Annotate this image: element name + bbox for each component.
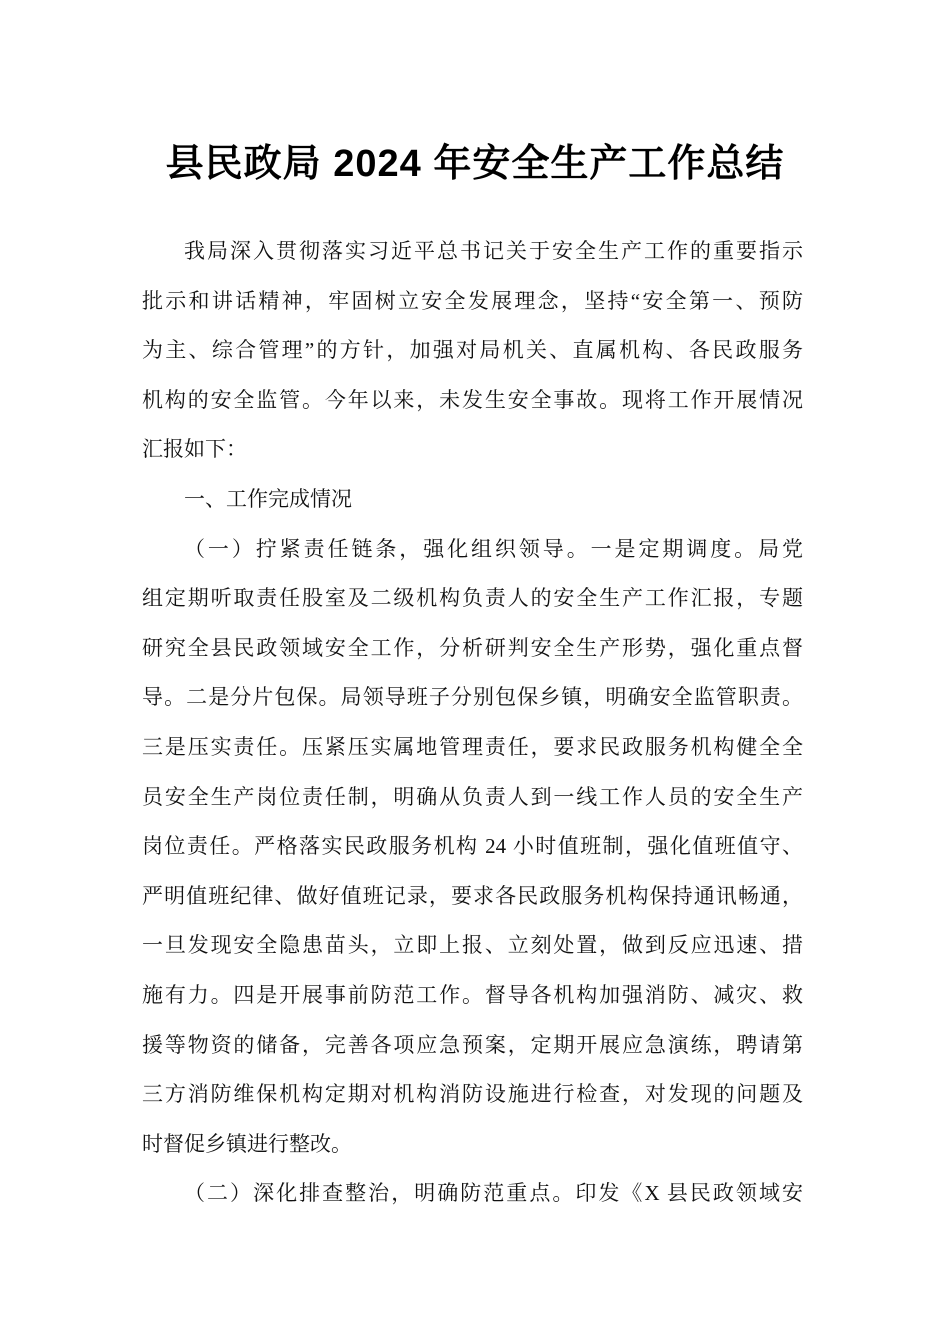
section-heading-text: 一、工作完成情况: [142, 475, 803, 525]
text-line: 三方消防维保机构定期对机构消防设施进行检查，对发现的问题及: [142, 1070, 803, 1120]
text-line: 导。二是分片包保。局领导班子分别包保乡镇，明确安全监管职责。: [142, 673, 803, 723]
text-line: （一）拧紧责任链条，强化组织领导。一是定期调度。局党: [142, 525, 803, 575]
text-line: 组定期听取责任股室及二级机构负责人的安全生产工作汇报，专题: [142, 574, 803, 624]
paragraph-item-2: （二）深化排查整治，明确防范重点。印发《X 县民政领域安: [142, 1169, 803, 1219]
text-line: 机构的安全监管。今年以来，未发生安全事故。现将工作开展情况: [142, 376, 803, 426]
document-title: 县民政局 2024 年安全生产工作总结: [0, 0, 950, 187]
text-line: 一旦发现安全隐患苗头，立即上报、立刻处置，做到反应迅速、措: [142, 921, 803, 971]
document-body: 我局深入贯彻落实习近平总书记关于安全生产工作的重要指示 批示和讲话精神，牢固树立…: [142, 227, 803, 1219]
paragraph-item-1: （一）拧紧责任链条，强化组织领导。一是定期调度。局党 组定期听取责任股室及二级机…: [142, 525, 803, 1170]
text-line: 员安全生产岗位责任制，明确从负责人到一线工作人员的安全生产: [142, 773, 803, 823]
text-line: 为主、综合管理”的方针，加强对局机关、直属机构、各民政服务: [142, 326, 803, 376]
text-line: 严明值班纪律、做好值班记录，要求各民政服务机构保持通讯畅通，: [142, 872, 803, 922]
text-line: 时督促乡镇进行整改。: [142, 1120, 803, 1170]
text-line: 三是压实责任。压紧压实属地管理责任，要求民政服务机构健全全: [142, 723, 803, 773]
text-line: （二）深化排查整治，明确防范重点。印发《X 县民政领域安: [142, 1169, 803, 1219]
text-line: 研究全县民政领域安全工作，分析研判安全生产形势，强化重点督: [142, 624, 803, 674]
section-heading-1: 一、工作完成情况: [142, 475, 803, 525]
paragraph-intro: 我局深入贯彻落实习近平总书记关于安全生产工作的重要指示 批示和讲话精神，牢固树立…: [142, 227, 803, 475]
document-page: 县民政局 2024 年安全生产工作总结 我局深入贯彻落实习近平总书记关于安全生产…: [0, 0, 950, 1344]
text-line: 我局深入贯彻落实习近平总书记关于安全生产工作的重要指示: [142, 227, 803, 277]
text-line: 施有力。四是开展事前防范工作。督导各机构加强消防、减灾、救: [142, 971, 803, 1021]
text-line: 汇报如下：: [142, 425, 803, 475]
text-line: 岗位责任。严格落实民政服务机构 24 小时值班制，强化值班值守、: [142, 822, 803, 872]
text-line: 批示和讲话精神，牢固树立安全发展理念，坚持“安全第一、预防: [142, 277, 803, 327]
text-line: 援等物资的储备，完善各项应急预案，定期开展应急演练，聘请第: [142, 1021, 803, 1071]
